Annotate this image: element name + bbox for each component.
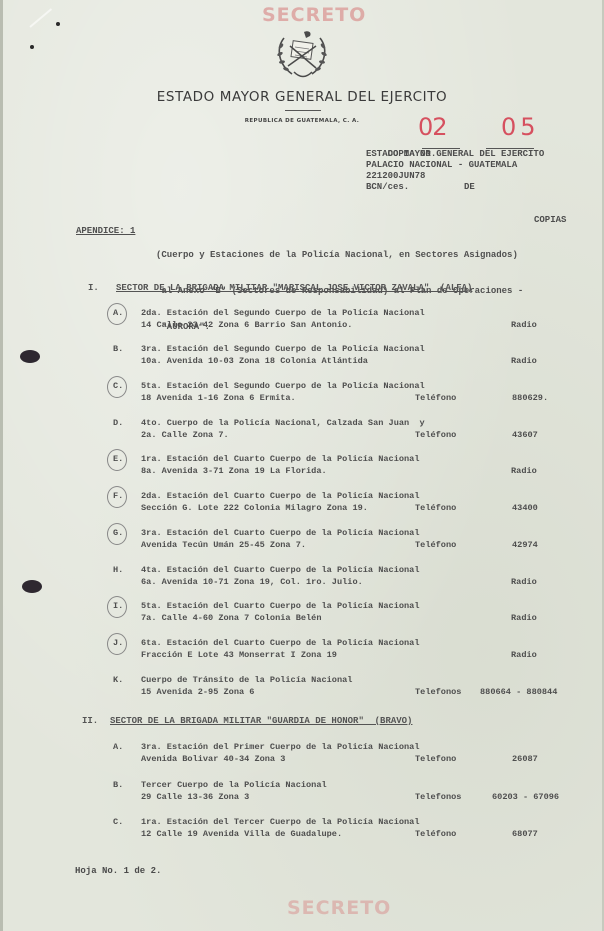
section-title: SECTOR DE LA BRIGADA MILITAR "MARISCAL J… bbox=[116, 283, 472, 293]
station-address: 7a. Calle 4-60 Zona 7 Colonia Belén bbox=[141, 612, 322, 624]
station-name: 4to. Cuerpo de la Policía Nacional, Calz… bbox=[141, 417, 425, 429]
item-letter: F. bbox=[113, 490, 123, 502]
item-letter: B. bbox=[113, 779, 123, 791]
contact-value: Radio bbox=[511, 612, 537, 624]
contact-value: 880629. bbox=[512, 392, 548, 404]
contact-value: 880664 - 880844 bbox=[480, 686, 557, 698]
copy-line-3: PALACIO NACIONAL - GUATEMALA bbox=[366, 160, 544, 171]
contact-value: Radio bbox=[511, 319, 537, 331]
station-name: 6ta. Estación del Cuarto Cuerpo de la Po… bbox=[141, 637, 419, 649]
station-address: Avenida Tecún Umán 25-45 Zona 7. bbox=[141, 539, 306, 551]
copy-line-2: ESTADO MAYOR GENERAL DEL EJERCITO bbox=[366, 149, 544, 160]
station-address: 29 Calle 13-36 Zona 3 bbox=[141, 791, 249, 803]
contact-type: Teléfono bbox=[415, 502, 456, 514]
item-letter: C. bbox=[113, 380, 123, 392]
item-letter: J. bbox=[113, 637, 123, 649]
copy-number-line: COPIA No. 02 DE 05 COPIAS bbox=[366, 138, 544, 149]
station-address: 12 Calle 19 Avenida Villa de Guadalupe. bbox=[141, 828, 342, 840]
station-name: Cuerpo de Tránsito de la Policía Naciona… bbox=[141, 674, 352, 686]
item-letter: A. bbox=[113, 307, 123, 319]
item-letter: E. bbox=[113, 453, 123, 465]
station-name: 3ra. Estación del Primer Cuerpo de la Po… bbox=[141, 741, 419, 753]
contact-value: 60203 - 67096 bbox=[492, 791, 559, 803]
station-address: 10a. Avenida 10-03 Zona 18 Colonia Atlán… bbox=[141, 355, 368, 367]
contact-value: Radio bbox=[511, 649, 537, 661]
contact-type: Telefono bbox=[415, 753, 456, 765]
contact-type: Telefonos bbox=[415, 791, 461, 803]
punch-hole bbox=[22, 580, 42, 593]
item-letter: I. bbox=[113, 600, 123, 612]
station-name: Tercer Cuerpo de la Policía Nacional bbox=[141, 779, 327, 791]
station-name: 4ta. Estación del Cuarto Cuerpo de la Po… bbox=[141, 564, 419, 576]
punch-hole bbox=[20, 350, 40, 363]
station-name: 5ta. Estación del Cuarto Cuerpo de la Po… bbox=[141, 600, 419, 612]
contact-value: 43607 bbox=[512, 429, 538, 441]
item-letter: C. bbox=[113, 816, 123, 828]
title-rule bbox=[285, 110, 321, 111]
section-number: II. bbox=[82, 716, 98, 726]
contact-type: Teléfono bbox=[415, 828, 456, 840]
secret-stamp-top: SECRETO bbox=[262, 4, 366, 26]
station-address: Sección G. Lote 222 Colonia Milagro Zona… bbox=[141, 502, 368, 514]
appendix-label: APENDICE: 1 bbox=[76, 226, 135, 236]
station-address: 18 Avenida 1-16 Zona 6 Ermita. bbox=[141, 392, 296, 404]
contact-value: Radio bbox=[511, 355, 537, 367]
staple-hole bbox=[30, 45, 34, 49]
station-address: 6a. Avenida 10-71 Zona 19, Col. 1ro. Jul… bbox=[141, 576, 363, 588]
copy-initials: BCN/ces. bbox=[366, 182, 544, 193]
item-letter: K. bbox=[113, 674, 123, 686]
station-address: 15 Avenida 2-95 Zona 6 bbox=[141, 686, 254, 698]
total-copies: 05 bbox=[501, 122, 540, 133]
station-address: Fracción E Lote 43 Monserrat I Zona 19 bbox=[141, 649, 337, 661]
station-name: 5ta. Estación del Segundo Cuerpo de la P… bbox=[141, 380, 425, 392]
section-number: I. bbox=[88, 283, 99, 293]
section-title: SECTOR DE LA BRIGADA MILITAR "GUARDIA DE… bbox=[110, 716, 412, 726]
station-address: 8a. Avenida 3-71 Zona 19 La Florida. bbox=[141, 465, 327, 477]
copy-info-block: COPIA No. 02 DE 05 COPIAS ESTADO MAYOR G… bbox=[366, 138, 544, 193]
contact-type: Teléfono bbox=[415, 539, 456, 551]
station-address: Avenida Bolivar 40-34 Zona 3 bbox=[141, 753, 285, 765]
station-name: 1ra. Estación del Tercer Cuerpo de la Po… bbox=[141, 816, 419, 828]
staple-hole bbox=[56, 22, 60, 26]
station-name: 3ra. Estación del Segundo Cuerpo de la P… bbox=[141, 343, 425, 355]
contact-value: 68077 bbox=[512, 828, 538, 840]
contact-type: Telefonos bbox=[415, 686, 461, 698]
copy-number: 02 bbox=[418, 122, 447, 133]
station-name: 1ra. Estación del Cuarto Cuerpo de la Po… bbox=[141, 453, 419, 465]
item-letter: H. bbox=[113, 564, 123, 576]
item-letter: G. bbox=[113, 527, 123, 539]
contact-value: Radio bbox=[511, 465, 537, 477]
station-address: 2a. Calle Zona 7. bbox=[141, 429, 229, 441]
contact-type: Teléfono bbox=[415, 429, 456, 441]
appendix-block: APENDICE: 1 (Cuerpo y Estaciones de la P… bbox=[76, 225, 135, 237]
contact-value: 42974 bbox=[512, 539, 538, 551]
copy-date-group: 221200JUN78 bbox=[366, 171, 544, 182]
staple-mark bbox=[29, 8, 52, 28]
item-letter: B. bbox=[113, 343, 123, 355]
paper-left-edge bbox=[0, 0, 3, 931]
contact-value: 26087 bbox=[512, 753, 538, 765]
item-letter: A. bbox=[113, 741, 123, 753]
contact-type: Teléfono bbox=[415, 392, 456, 404]
coat-of-arms-icon bbox=[272, 26, 332, 82]
contact-value: 43400 bbox=[512, 502, 538, 514]
page-number: Hoja No. 1 de 2. bbox=[75, 866, 161, 876]
item-letter: D. bbox=[113, 417, 123, 429]
contact-value: Radio bbox=[511, 576, 537, 588]
secret-stamp-bottom: SECRETO bbox=[287, 897, 391, 919]
organization-title: ESTADO MAYOR GENERAL DEL EJERCITO bbox=[0, 89, 604, 105]
station-name: 2da. Estación del Cuarto Cuerpo de la Po… bbox=[141, 490, 419, 502]
station-address: 14 Calle 23-42 Zona 6 Barrio San Antonio… bbox=[141, 319, 352, 331]
station-name: 3ra. Estación del Cuarto Cuerpo de la Po… bbox=[141, 527, 419, 539]
station-name: 2da. Estación del Segundo Cuerpo de la P… bbox=[141, 307, 425, 319]
